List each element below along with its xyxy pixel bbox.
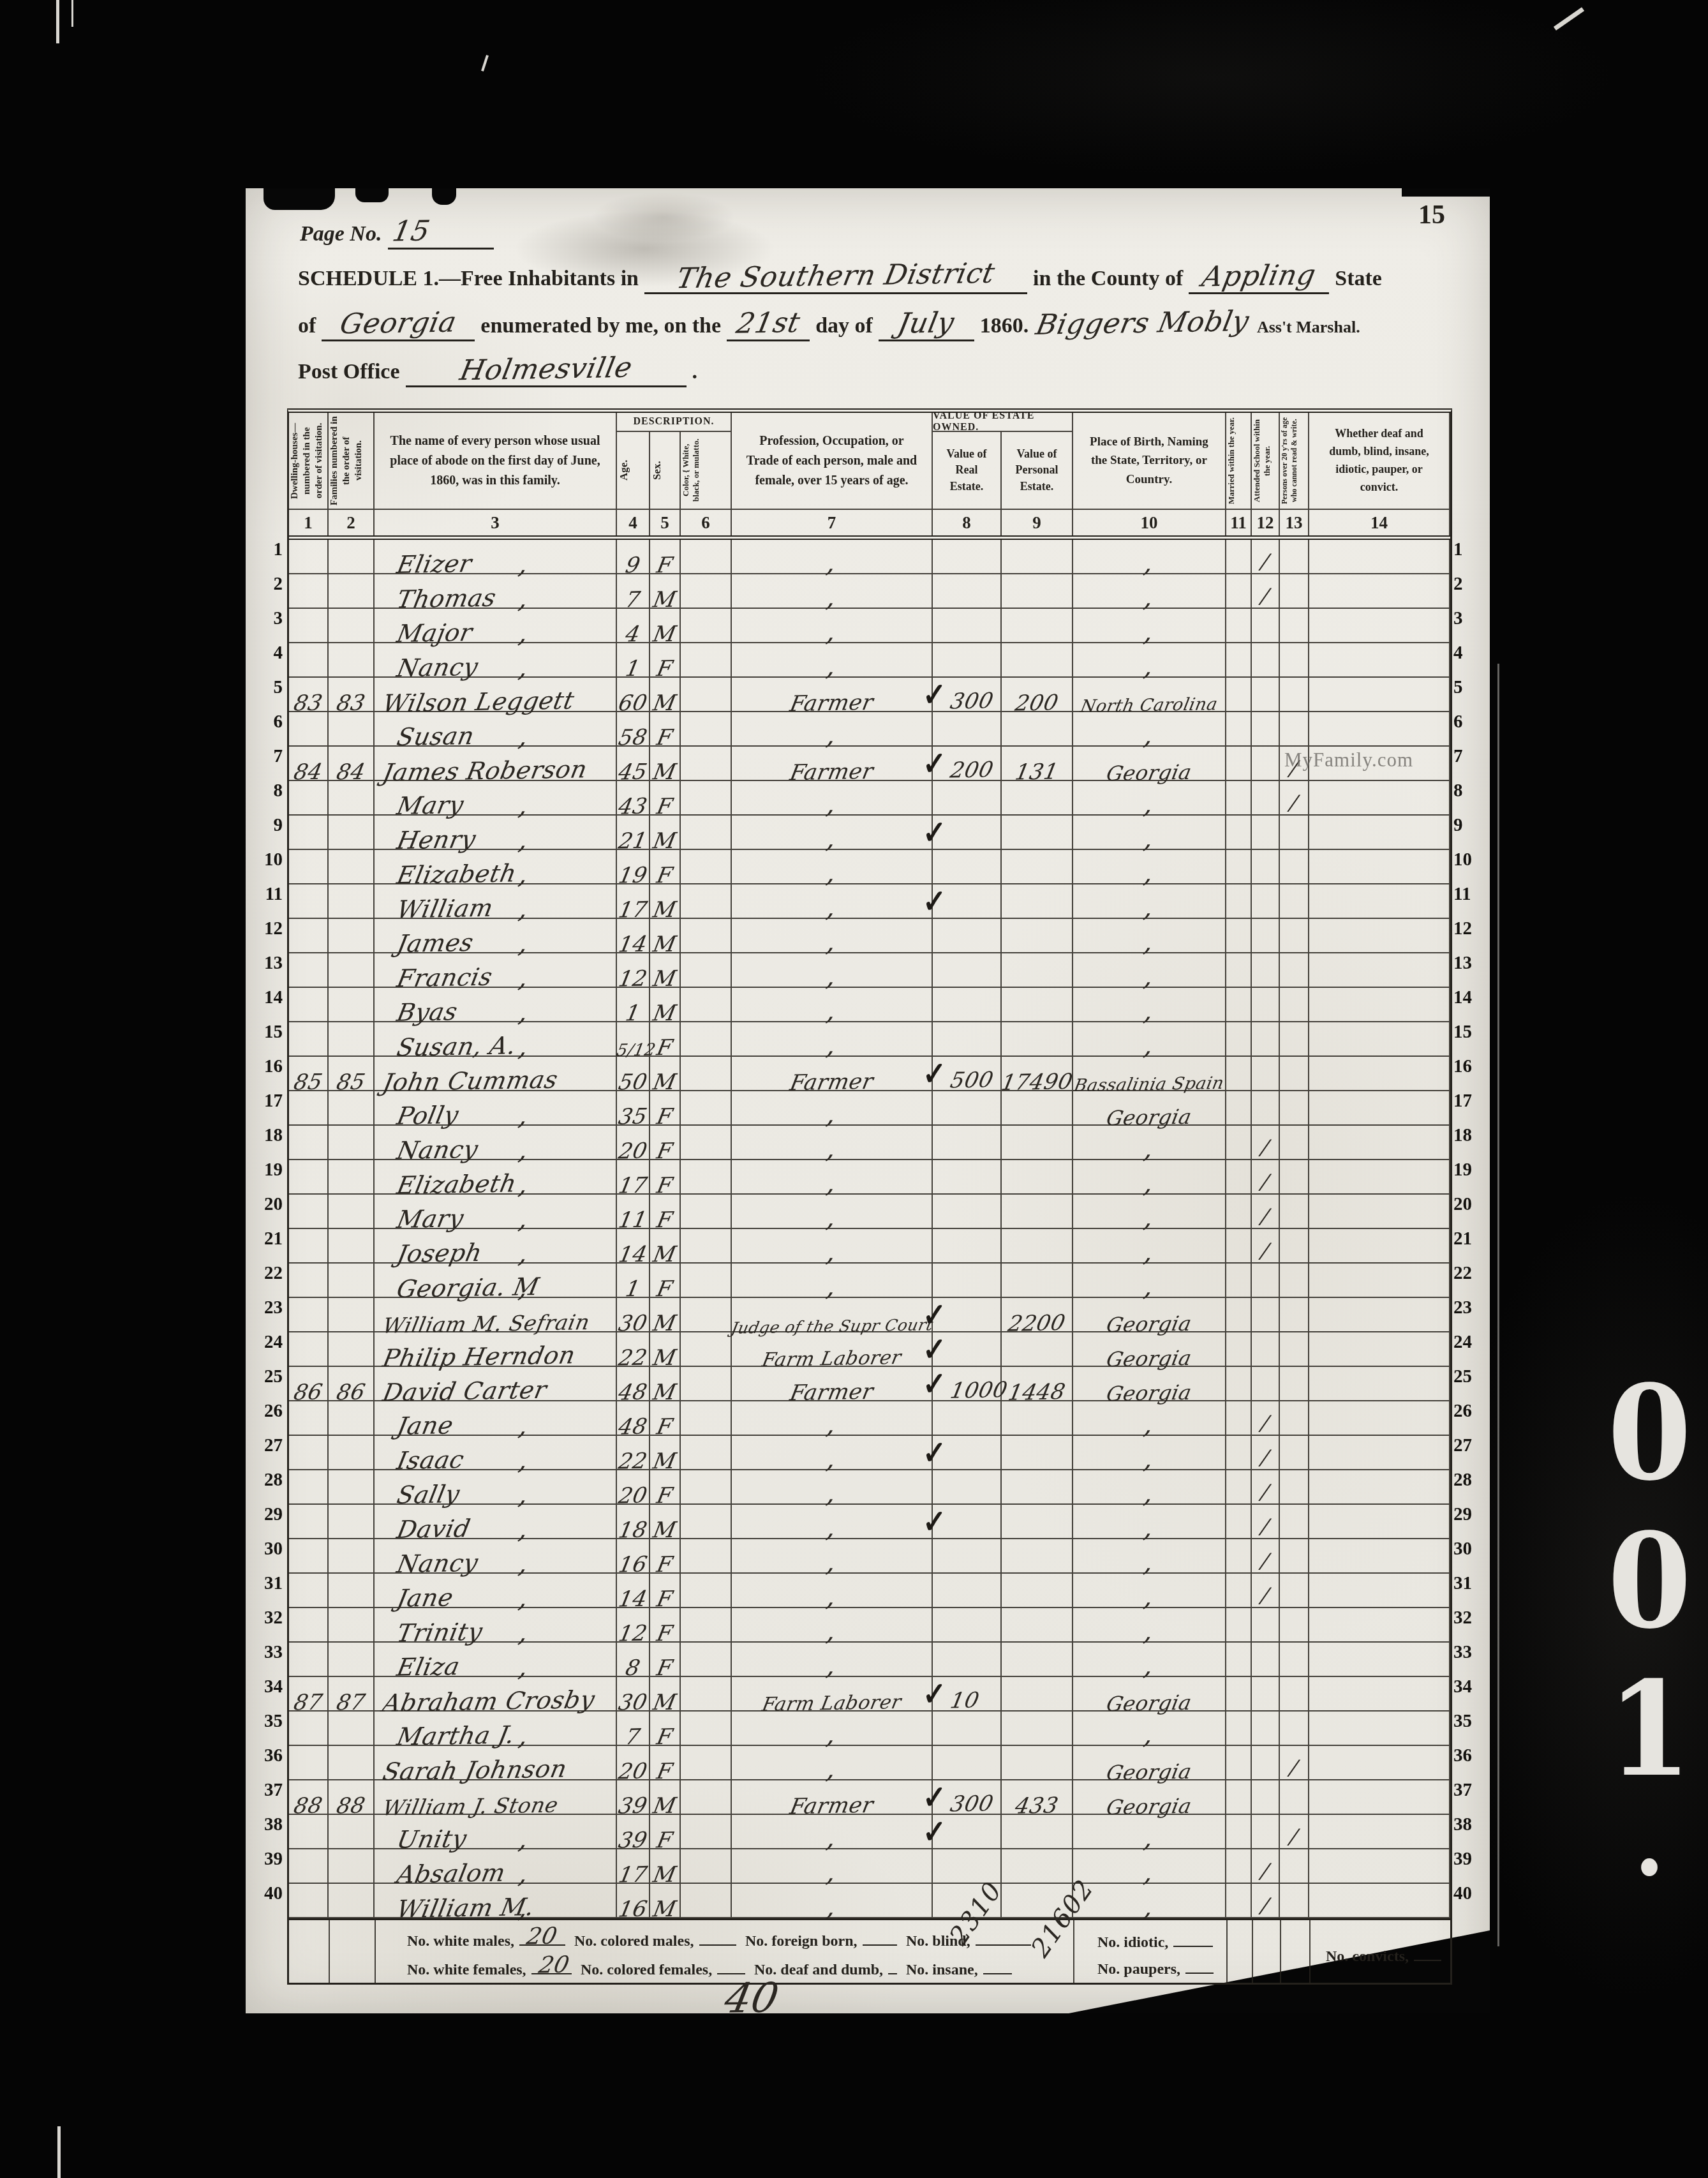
row-cell-col13 [1280, 1470, 1309, 1503]
row-cell-col11 [1226, 609, 1252, 642]
row-cell-col1 [289, 712, 329, 745]
row-cell-col8: ✓500 [933, 1057, 1002, 1090]
dwelling-number: 88 [287, 1794, 330, 1817]
age-value: 20 [615, 1485, 651, 1507]
page-no-label: Page No. [300, 222, 382, 246]
row-cell-col11 [1226, 1505, 1252, 1538]
value-check-icon: ✓ [923, 1300, 946, 1332]
post-office-value: Holmesville [457, 352, 635, 387]
row-cell-col5: F [650, 1401, 681, 1435]
family-number: 88 [327, 1794, 376, 1817]
header-cell-1: Dwelling-houses— numbered in the order o… [289, 413, 329, 509]
row-cell-col1 [289, 1884, 329, 1917]
row-cell-col8 [933, 953, 1002, 987]
sex-value: F [648, 1830, 682, 1852]
row-cell-col3: Elizabeth, [375, 850, 617, 883]
row-cell-col3: Nancy, [375, 1126, 617, 1159]
row-cell-col9 [1002, 609, 1073, 642]
person-name: Elizer [395, 551, 474, 577]
real-estate-value: 300 [949, 1793, 995, 1815]
row-cell-col10: , [1073, 1815, 1226, 1848]
table-row: Sarah Johnson20F,Georgia/ [289, 1746, 1450, 1780]
person-name: Jane [395, 1413, 456, 1438]
person-name: Nancy [395, 655, 480, 680]
row-number-left: 21 [251, 1230, 283, 1248]
row-cell-col4: 39 [617, 1815, 650, 1848]
row-cell-col2 [329, 988, 375, 1021]
row-number-left: 25 [251, 1368, 283, 1386]
row-cell-col5: F [650, 1608, 681, 1641]
occupation-ditto-mark: , [730, 1483, 933, 1503]
school-tick-mark: / [1250, 1137, 1281, 1158]
row-cell-col12: / [1252, 1884, 1280, 1917]
row-cell-col6 [681, 1332, 732, 1366]
row-cell-col4: 20 [617, 1746, 650, 1779]
row-cell-col11 [1226, 1195, 1252, 1228]
footer-summary-item: No. colored females, [581, 1954, 754, 1979]
row-cell-col3: Francis, [375, 953, 617, 987]
table-row: Nancy,20F,,/ [289, 1126, 1450, 1160]
person-name: Major [395, 620, 475, 646]
row-number-left: 19 [251, 1161, 283, 1179]
row-cell-col7: , [732, 1470, 933, 1503]
row-number-left: 12 [251, 920, 283, 938]
value-check-icon: ✓ [923, 1817, 946, 1849]
row-cell-col9 [1002, 1091, 1073, 1124]
row-cell-col2 [329, 1574, 375, 1607]
row-number-right: 20 [1453, 1195, 1485, 1214]
table-footer: No. white males,20No. colored males,No. … [289, 1918, 1450, 1985]
row-cell-col9 [1002, 816, 1073, 849]
person-name: David Carter [381, 1378, 549, 1405]
row-cell-col12 [1252, 884, 1280, 918]
row-number-left: 29 [251, 1505, 283, 1524]
sex-value: M [648, 1692, 682, 1714]
row-cell-col3: Sarah Johnson [375, 1746, 617, 1779]
row-cell-col9 [1002, 1126, 1073, 1159]
table-row: David,18M,✓,/ [289, 1505, 1450, 1539]
row-cell-col14 [1309, 1780, 1450, 1814]
row-cell-col1 [289, 1470, 329, 1503]
header-cell-14: Whether deaf and dumb, blind, insane, id… [1309, 413, 1450, 509]
schedule-label: SCHEDULE 1.—Free Inhabitants in [298, 267, 639, 291]
row-cell-col14 [1309, 850, 1450, 883]
row-cell-col13 [1280, 953, 1309, 987]
sex-value: M [648, 1003, 682, 1025]
row-cell-col10: , [1073, 1126, 1226, 1159]
row-cell-col9: 2200 [1002, 1298, 1073, 1331]
row-number-right: 3 [1453, 609, 1485, 628]
footer-summary-item: No. foreign born, [745, 1925, 906, 1950]
column-number-11: 11 [1226, 510, 1252, 535]
film-scratch [1497, 664, 1499, 1946]
name-ditto-mark: , [517, 1865, 530, 1881]
age-value: 7 [615, 589, 651, 611]
stamp-digit: 0 [1607, 1507, 1691, 1655]
column-number-8: 8 [933, 510, 1002, 535]
row-cell-col1 [289, 1229, 329, 1262]
row-cell-col7: Farmer [732, 1780, 933, 1814]
name-ditto-mark: , [517, 590, 530, 606]
row-cell-col10: , [1073, 1229, 1226, 1262]
row-cell-col11 [1226, 1677, 1252, 1710]
row-cell-col10: , [1073, 781, 1226, 814]
row-cell-col1 [289, 1264, 329, 1297]
sex-value: F [648, 1485, 682, 1507]
row-cell-col8: ✓10 [933, 1677, 1002, 1710]
row-cell-col5: F [650, 1091, 681, 1124]
header-cell-11: Married within the year. [1226, 413, 1252, 509]
row-cell-col7: , [732, 1849, 933, 1883]
value-check-icon: ✓ [923, 1782, 946, 1815]
age-value: 14 [615, 1588, 651, 1611]
row-cell-col7: , [732, 816, 933, 849]
person-name: Susan [395, 724, 476, 749]
row-cell-col14 [1309, 1264, 1450, 1297]
film-scratch [481, 55, 489, 71]
row-cell-col1 [289, 919, 329, 952]
age-value: 12 [615, 1623, 651, 1645]
row-cell-col11 [1226, 953, 1252, 987]
header-label-3: The name of every person whose usual pla… [375, 413, 616, 509]
table-row: William M. Sefrain30MJudge of the Supr C… [289, 1298, 1450, 1332]
row-cell-col1 [289, 574, 329, 608]
row-number-left: 23 [251, 1299, 283, 1317]
row-cell-col9 [1002, 953, 1073, 987]
name-ditto-mark: , [517, 1590, 530, 1606]
row-cell-col1 [289, 643, 329, 676]
row-cell-col14 [1309, 1057, 1450, 1090]
value-check-icon: ✓ [923, 886, 946, 919]
row-cell-col2 [329, 1229, 375, 1262]
column-number-3: 3 [375, 510, 617, 535]
table-row: Joseph,14M,,/ [289, 1229, 1450, 1264]
footer-summary-label: No. colored females, [581, 1962, 712, 1979]
birthplace-ditto-mark: , [1071, 1174, 1227, 1192]
row-cell-col14 [1309, 1815, 1450, 1848]
table-row: Henry,21M,✓, [289, 816, 1450, 850]
row-cell-col12 [1252, 988, 1280, 1021]
row-cell-col1 [289, 1574, 329, 1607]
row-number-left: 4 [251, 644, 283, 662]
row-cell-col7: Judge of the Supr Court [732, 1298, 933, 1331]
sex-value: M [648, 1864, 682, 1886]
row-cell-col5: M [650, 1298, 681, 1331]
row-number-left: 38 [251, 1816, 283, 1834]
school-tick-mark: / [1250, 551, 1281, 572]
age-value: 30 [615, 1692, 651, 1714]
table-row: James,14M,, [289, 919, 1450, 953]
row-cell-col8: ✓ [933, 1815, 1002, 1848]
age-value: 48 [615, 1382, 651, 1404]
header-cell-3: The name of every person whose usual pla… [375, 413, 617, 509]
person-name: Polly [395, 1103, 461, 1128]
row-cell-col3: Wilson Leggett [375, 678, 617, 711]
row-cell-col2 [329, 540, 375, 573]
sex-value: F [648, 1554, 682, 1576]
row-cell-col12: / [1252, 1849, 1280, 1883]
name-ditto-mark: , [517, 1142, 530, 1158]
row-cell-col2: 86 [329, 1367, 375, 1400]
row-cell-col5: M [650, 1332, 681, 1366]
row-cell-col4: 58 [617, 712, 650, 745]
row-cell-col10: , [1073, 1712, 1226, 1745]
film-background: 001. Page No. 15 15 SCHEDULE 1.—Free Inh… [0, 0, 1708, 2178]
name-ditto-mark: , [517, 1004, 530, 1020]
row-cell-col7: , [732, 1264, 933, 1297]
name-ditto-mark: , [517, 728, 530, 744]
row-cell-col12 [1252, 747, 1280, 780]
scan-artifact [264, 188, 335, 210]
row-cell-col10: Georgia [1073, 1746, 1226, 1779]
occupation-ditto-mark: , [730, 1759, 933, 1779]
footer-summary-blank [1185, 1953, 1214, 1974]
column-number-14: 14 [1309, 510, 1450, 535]
row-cell-col11 [1226, 850, 1252, 883]
row-cell-col8: ✓ [933, 1298, 1002, 1331]
row-cell-col6 [681, 1574, 732, 1607]
row-cell-col2 [329, 1884, 375, 1917]
family-number: 83 [327, 692, 376, 714]
age-value: 9 [615, 555, 651, 577]
row-number-left: 31 [251, 1574, 283, 1593]
row-cell-col14 [1309, 1195, 1450, 1228]
row-cell-col5: M [650, 953, 681, 987]
row-cell-col9 [1002, 1401, 1073, 1435]
district-blank: The Southern District [644, 260, 1027, 294]
row-cell-col6 [681, 988, 732, 1021]
row-cell-col13 [1280, 712, 1309, 745]
header-label-11: Married within the year. [1226, 413, 1251, 509]
school-tick-mark: / [1250, 1482, 1281, 1503]
row-cell-col2 [329, 712, 375, 745]
row-cell-col6 [681, 1780, 732, 1814]
person-name: Elizabeth [395, 861, 519, 887]
row-cell-col1 [289, 1505, 329, 1538]
birthplace-ditto-mark: , [1071, 967, 1227, 985]
row-cell-col11 [1226, 1332, 1252, 1366]
row-number-right: 17 [1453, 1092, 1485, 1110]
row-number-left: 13 [251, 954, 283, 973]
row-cell-col11 [1226, 1849, 1252, 1883]
header-label-13: Persons over 20 y'rs of age who cannot r… [1280, 413, 1308, 509]
row-cell-col4: 16 [617, 1539, 650, 1572]
person-name: Francis [395, 965, 494, 991]
row-cell-col12 [1252, 1367, 1280, 1400]
row-cell-col5: F [650, 540, 681, 573]
row-cell-col2 [329, 884, 375, 918]
row-cell-col10: , [1073, 1574, 1226, 1607]
sex-value: F [648, 658, 682, 680]
row-cell-col13 [1280, 884, 1309, 918]
row-cell-col8 [933, 919, 1002, 952]
row-cell-col5: F [650, 1022, 681, 1055]
footer-summary-blank: 20 [531, 1954, 572, 1974]
table-row: Byas,1M,, [289, 988, 1450, 1022]
name-ditto-mark: , [517, 866, 530, 882]
footer-summary-blank [699, 1925, 736, 1946]
marshal-signature: Biggers Mobly [1034, 307, 1251, 339]
footer-summary-blank: 20 [519, 1925, 565, 1946]
row-cell-col11 [1226, 1643, 1252, 1676]
row-cell-col5: F [650, 1470, 681, 1503]
row-cell-col12 [1252, 609, 1280, 642]
row-cell-col1 [289, 1195, 329, 1228]
row-cell-col6 [681, 574, 732, 608]
row-cell-col6 [681, 816, 732, 849]
row-cell-col13 [1280, 1022, 1309, 1055]
person-name: David [395, 1516, 472, 1542]
row-cell-col11 [1226, 643, 1252, 676]
person-name: Susan, A. [395, 1033, 518, 1059]
row-cell-col4: 11 [617, 1195, 650, 1228]
school-tick-mark: / [1250, 1516, 1281, 1537]
row-cell-col4: 1 [617, 988, 650, 1021]
row-cell-col3: John Cummas [375, 1057, 617, 1090]
row-cell-col8 [933, 1401, 1002, 1435]
row-cell-col7: , [732, 1401, 933, 1435]
sex-value: F [648, 1106, 682, 1128]
row-cell-col10: , [1073, 953, 1226, 987]
row-number-right: 21 [1453, 1230, 1485, 1248]
page-number-line: Page No. 15 [300, 215, 494, 250]
occupation-ditto-mark: , [730, 1586, 933, 1606]
age-value: 17 [615, 1175, 651, 1197]
row-number-left: 10 [251, 851, 283, 869]
month-value: July [895, 306, 957, 340]
row-cell-col13 [1280, 1160, 1309, 1193]
birthplace-ditto-mark: , [1071, 1518, 1227, 1537]
row-cell-col7: , [732, 1712, 933, 1745]
row-number-right: 1 [1453, 541, 1485, 559]
schedule-title-line-3: Post Office Holmesville . [298, 353, 697, 387]
row-cell-col2 [329, 1608, 375, 1641]
row-cell-col6 [681, 1884, 732, 1917]
birthplace-ditto-mark: , [1071, 622, 1227, 641]
row-cell-col3: David, [375, 1505, 617, 1538]
row-cell-col2 [329, 1505, 375, 1538]
row-cell-col2: 87 [329, 1677, 375, 1710]
column-number-2: 2 [329, 510, 375, 535]
footer-summary-blank [717, 1954, 745, 1974]
row-cell-col3: Nancy, [375, 1539, 617, 1572]
row-cell-col4: 45 [617, 747, 650, 780]
post-office-period: . [692, 360, 698, 384]
row-cell-col2 [329, 1712, 375, 1745]
row-cell-col4: 14 [617, 1229, 650, 1262]
row-cell-col1 [289, 953, 329, 987]
table-row: 8787Abraham Crosby30MFarm Laborer✓10Geor… [289, 1677, 1450, 1712]
row-cell-col2 [329, 1401, 375, 1435]
row-cell-col5: F [650, 643, 681, 676]
row-cell-col2 [329, 919, 375, 952]
row-cell-col5: F [650, 1195, 681, 1228]
row-cell-col9 [1002, 1608, 1073, 1641]
occupation-ditto-mark: , [730, 897, 933, 917]
age-value: 1 [615, 1003, 651, 1025]
row-cell-col9 [1002, 850, 1073, 883]
row-cell-col7: , [732, 1091, 933, 1124]
age-value: 4 [615, 623, 651, 646]
row-number-left: 18 [251, 1126, 283, 1145]
age-value: 18 [615, 1519, 651, 1542]
row-cell-col5: F [650, 1160, 681, 1193]
row-cell-col9 [1002, 1195, 1073, 1228]
name-ditto-mark: , [517, 969, 530, 985]
birthplace-ditto-mark: , [1071, 1484, 1227, 1502]
row-cell-col1 [289, 1643, 329, 1676]
row-cell-col6 [681, 1643, 732, 1676]
row-cell-col10: , [1073, 988, 1226, 1021]
row-number-left: 32 [251, 1609, 283, 1627]
row-cell-col2 [329, 1298, 375, 1331]
person-name: Martha J. [395, 1722, 517, 1749]
row-cell-col7: , [732, 1436, 933, 1469]
row-cell-col3: William M. Sefrain [375, 1298, 617, 1331]
table-row: Trinity,12F,, [289, 1608, 1450, 1643]
person-name: Trinity [395, 1620, 484, 1645]
row-cell-col5: M [650, 1505, 681, 1538]
value-check-icon: ✓ [923, 1334, 946, 1367]
row-cell-col13 [1280, 1057, 1309, 1090]
school-tick-mark: / [1250, 1447, 1281, 1468]
row-cell-col3: Elizer, [375, 540, 617, 573]
row-cell-col10: , [1073, 919, 1226, 952]
age-value: 12 [615, 968, 651, 990]
row-cell-col8 [933, 850, 1002, 883]
county-label: in the County of [1033, 267, 1183, 291]
table-row: Major,4M,, [289, 609, 1450, 643]
row-cell-col12: / [1252, 1505, 1280, 1538]
row-number-right: 22 [1453, 1264, 1485, 1283]
age-value: 39 [615, 1795, 651, 1817]
row-cell-col4: 19 [617, 850, 650, 883]
row-cell-col5: F [650, 1712, 681, 1745]
row-cell-col10: , [1073, 1643, 1226, 1676]
footer-summary-item: No. paupers, [1097, 1953, 1214, 1980]
row-cell-col9 [1002, 1746, 1073, 1779]
table-row: Susan,58F,, [289, 712, 1450, 747]
row-cell-col3: Eliza, [375, 1643, 617, 1676]
occupation-ditto-mark: , [730, 1862, 933, 1882]
column-number-9: 9 [1002, 510, 1073, 535]
row-cell-col7: , [732, 1160, 933, 1193]
row-cell-col9 [1002, 1643, 1073, 1676]
page-total-handwritten: 40 [721, 1974, 783, 2022]
row-cell-col10: Georgia [1073, 1298, 1226, 1331]
row-number-right: 32 [1453, 1609, 1485, 1627]
row-cell-col2 [329, 1849, 375, 1883]
row-cell-col12: / [1252, 1470, 1280, 1503]
table-row: Elizabeth,17F,,/ [289, 1160, 1450, 1195]
header-cell-12: Attended School within the year. [1252, 413, 1280, 509]
cannot-read-tick-mark: / [1278, 793, 1310, 814]
row-number-left: 35 [251, 1712, 283, 1731]
row-cell-col2: 85 [329, 1057, 375, 1090]
row-cell-col14 [1309, 1436, 1450, 1469]
row-cell-col2 [329, 574, 375, 608]
age-value: 1 [615, 658, 651, 680]
row-cell-col4: 43 [617, 781, 650, 814]
row-cell-col2 [329, 1539, 375, 1572]
film-scratch [56, 0, 59, 43]
row-number-right: 23 [1453, 1299, 1485, 1317]
row-cell-col13 [1280, 1332, 1309, 1366]
person-name: John Cummas [381, 1068, 560, 1095]
row-number-right: 14 [1453, 988, 1485, 1007]
row-number-left: 14 [251, 988, 283, 1007]
occupation-ditto-mark: , [730, 1104, 933, 1124]
